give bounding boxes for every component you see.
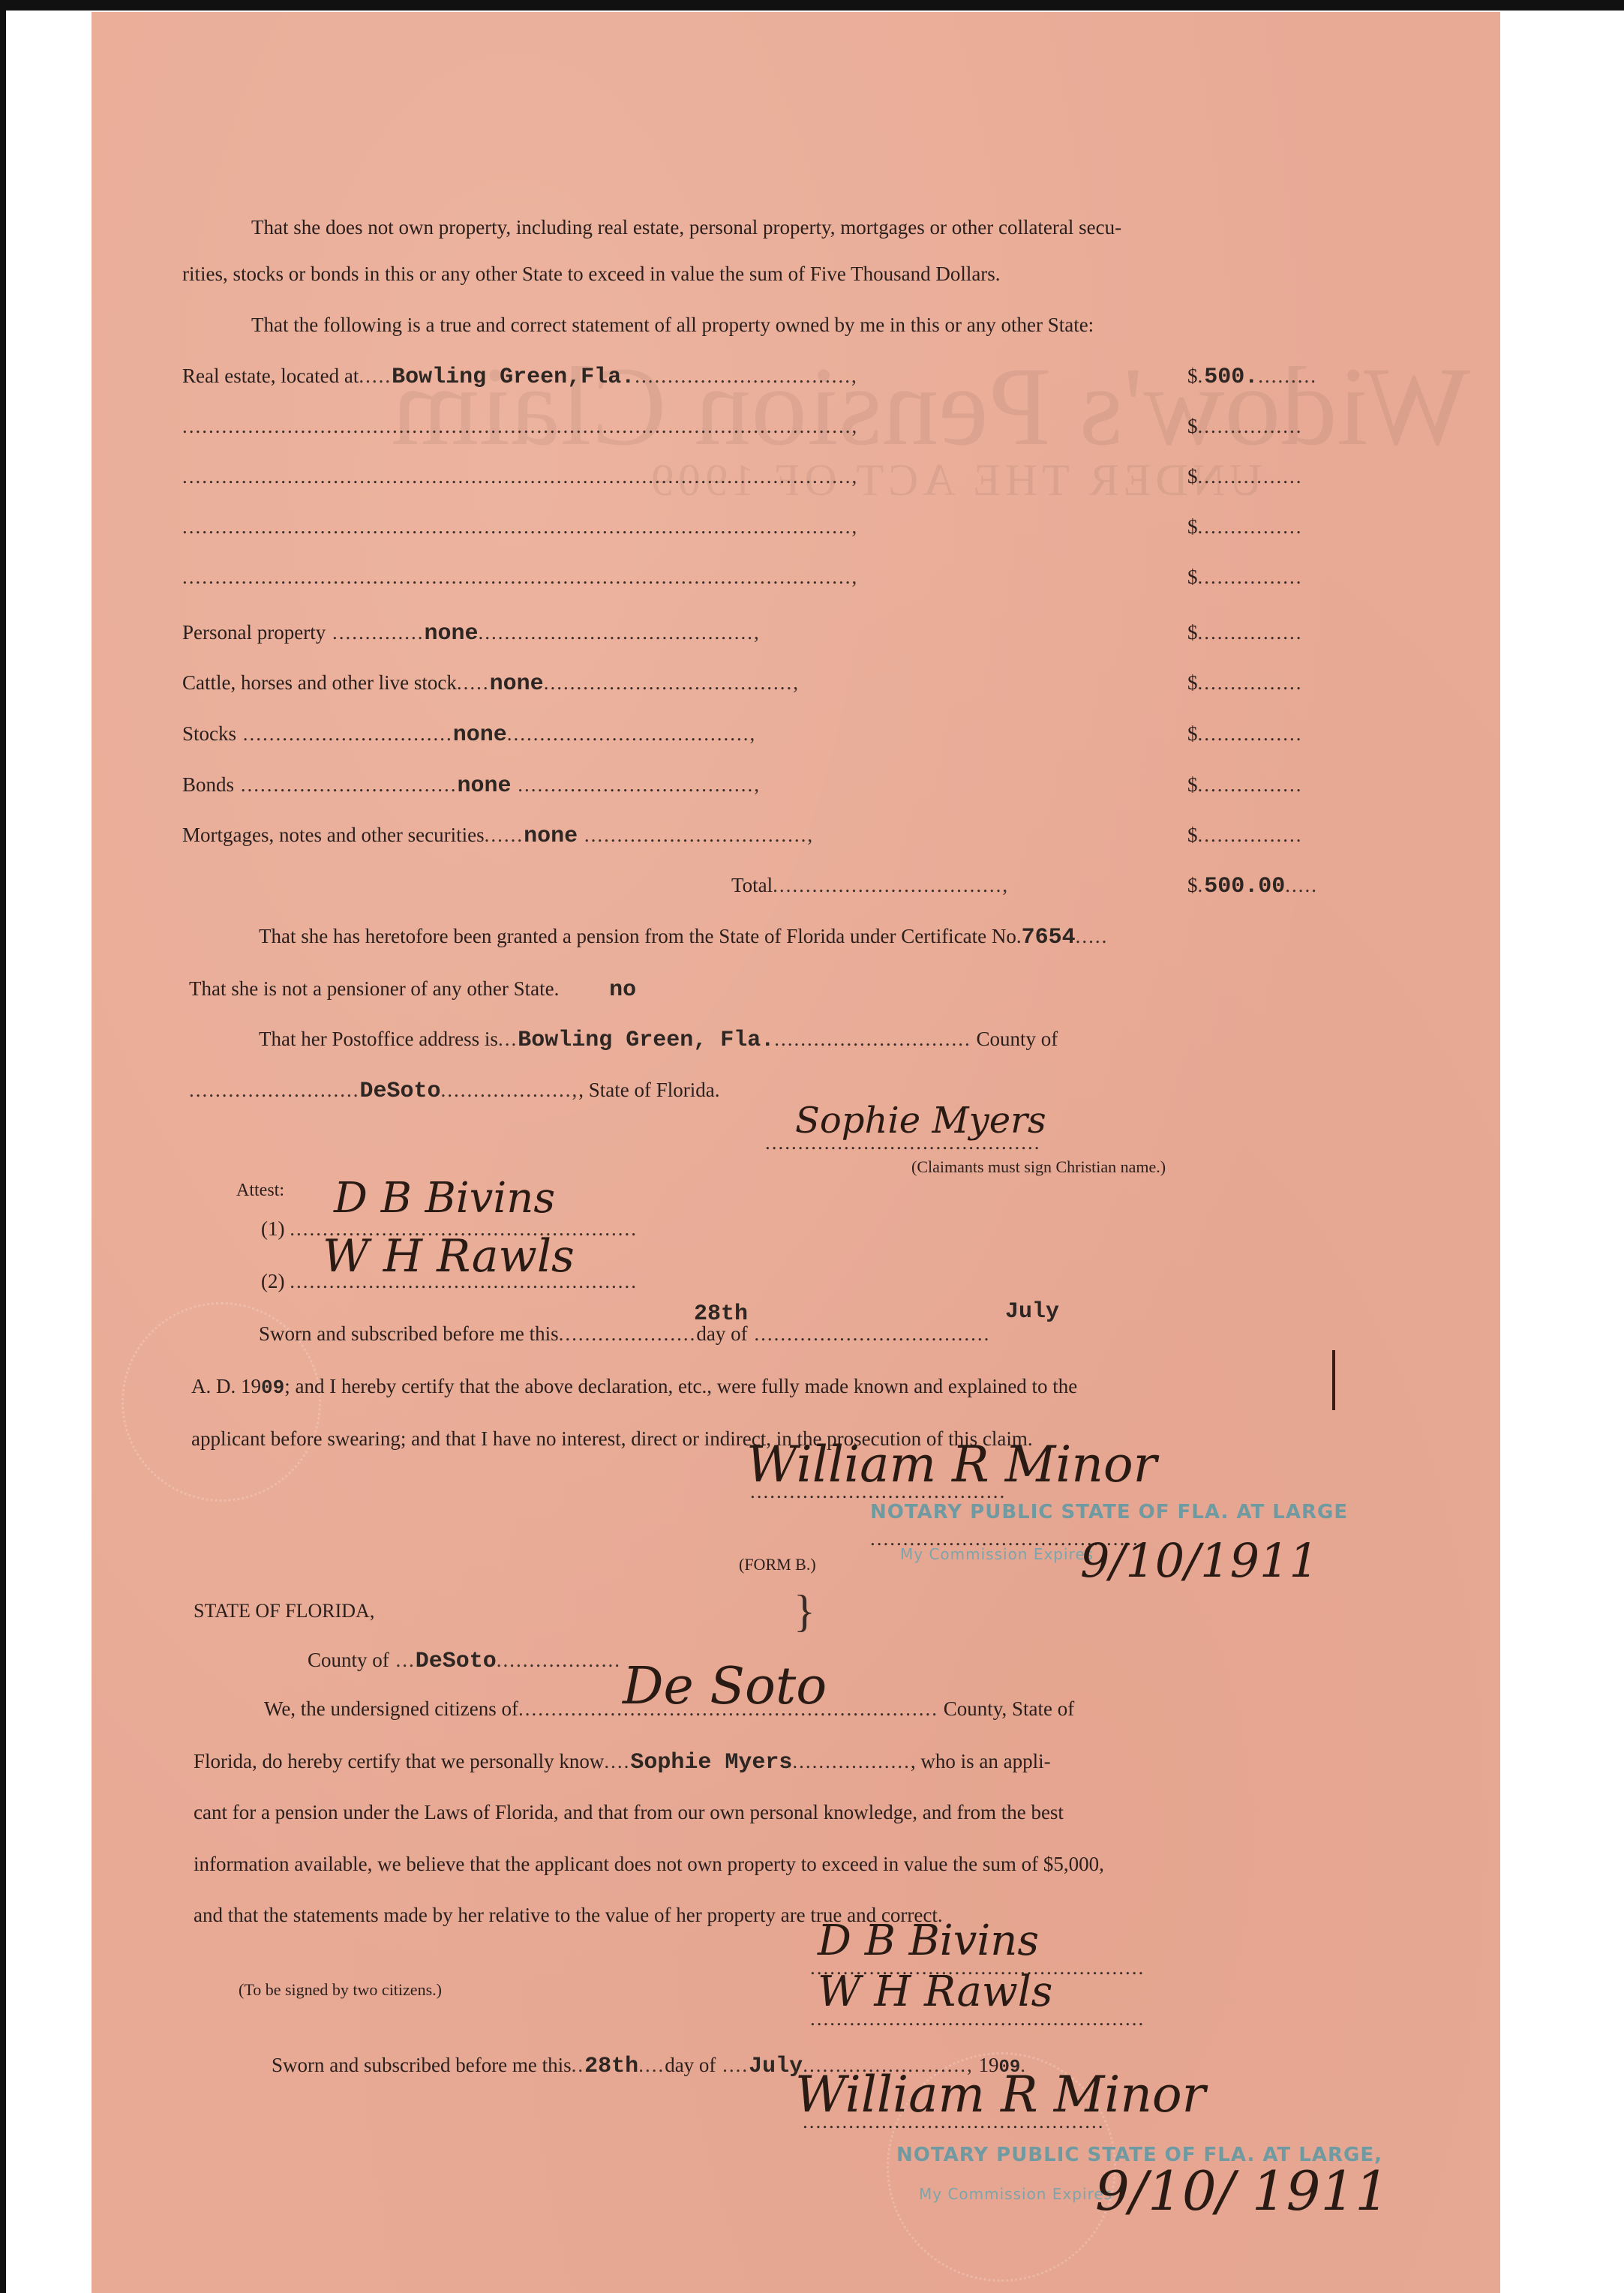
- signers-note: (To be signed by two citizens.): [239, 1982, 442, 1998]
- property-total-row: Total...................................…: [731, 875, 1009, 896]
- row-value: none: [524, 824, 578, 849]
- para1-line1: That she does not own property, includin…: [251, 218, 1121, 238]
- para1-line2: rities, stocks or bonds in this or any o…: [182, 264, 1001, 284]
- property-row-blank: ........................................…: [182, 567, 858, 587]
- witness-number: (2): [261, 1270, 284, 1292]
- citizens-text: County, State of: [944, 1697, 1075, 1720]
- currency-symbol: $: [1187, 621, 1198, 644]
- property-row-real-estate: Real estate, located at.....Bowling Gree…: [182, 366, 858, 389]
- form-b-body-line2: information available, we believe that t…: [194, 1854, 1104, 1874]
- row-label: Mortgages, notes and other securities: [182, 824, 485, 846]
- certificate-text: That she has heretofore been granted a p…: [259, 925, 1022, 947]
- other-state-text: That she is not a pensioner of any other…: [189, 977, 559, 1000]
- notary1-signature: William R Minor: [746, 1440, 1157, 1490]
- postoffice-line: That her Postoffice address is...Bowling…: [259, 1029, 1058, 1052]
- notary2-stamp-expires: My Commission Expires: [919, 2186, 1112, 2201]
- currency-symbol: $: [1187, 773, 1198, 796]
- notary2-signature: William R Minor: [795, 2070, 1205, 2120]
- other-state-answer: no: [609, 977, 636, 1003]
- row-label: Bonds: [182, 773, 234, 796]
- property-row-bonds: Bonds .................................n…: [182, 775, 761, 797]
- county-line: ..........................DeSoto........…: [189, 1080, 720, 1103]
- row-value: none: [424, 621, 478, 647]
- attest-label: Attest:: [236, 1181, 284, 1199]
- citizen-1-signature: D B Bivins: [818, 1920, 1039, 1962]
- citizens-county-handwritten: De Soto: [623, 1661, 827, 1712]
- currency-symbol: $: [1187, 415, 1198, 437]
- postoffice-text: That her Postoffice address is: [259, 1028, 498, 1050]
- county-value: DeSoto: [360, 1079, 441, 1104]
- property-row-blank: ........................................…: [182, 517, 858, 537]
- claimant-note: (Claimants must sign Christian name.): [911, 1159, 1166, 1175]
- applicant-name: Sophie Myers: [630, 1750, 792, 1775]
- para2: That the following is a true and correct…: [251, 315, 1094, 335]
- notary1-stamp: NOTARY PUBLIC STATE OF FLA. AT LARGE: [870, 1502, 1348, 1522]
- row-label: Personal property: [182, 621, 326, 644]
- oath-text: Sworn and subscribed before me this: [259, 1322, 559, 1345]
- oath1-year: 09: [261, 1376, 284, 1399]
- form-b-county-line: County of ...DeSoto...................: [308, 1650, 621, 1673]
- row-value: none: [490, 671, 544, 697]
- oath1-month: July: [1005, 1299, 1059, 1325]
- row-label: Real estate, located at: [182, 365, 359, 387]
- row-value: none: [458, 773, 512, 799]
- citizens-text: We, the undersigned citizens of: [264, 1697, 518, 1720]
- property-row-blank: ........................................…: [182, 416, 858, 437]
- oath1-line1: Sworn and subscribed before me this.....…: [259, 1324, 990, 1344]
- notary1-stamp-expires: My Commission Expires: [900, 1547, 1094, 1562]
- form-b-state-heading: STATE OF FLORIDA,: [194, 1601, 374, 1621]
- row-label: Cattle, horses and other live stock: [182, 671, 457, 694]
- oath1-day: 28th: [694, 1301, 748, 1327]
- oath-text: Sworn and subscribed before me this: [272, 2054, 572, 2076]
- row-value: none: [453, 722, 507, 748]
- state-of-florida: , State of Florida.: [578, 1079, 719, 1101]
- form-b-label: (FORM B.): [739, 1556, 816, 1573]
- property-row-mortgages: Mortgages, notes and other securities...…: [182, 825, 814, 848]
- currency-symbol: $: [1187, 874, 1198, 896]
- postoffice-value: Bowling Green, Fla.: [518, 1028, 774, 1053]
- property-row-personal: Personal property ..............none....…: [182, 623, 761, 645]
- currency-symbol: $: [1187, 465, 1198, 488]
- county-label: County of: [308, 1649, 389, 1671]
- form-b-know-line: Florida, do hereby certify that we perso…: [194, 1751, 1051, 1774]
- currency-symbol: $: [1187, 515, 1198, 538]
- know-text: , who is an appli-: [911, 1750, 1051, 1772]
- know-text: Florida, do hereby certify that we perso…: [194, 1750, 604, 1772]
- currency-symbol: $: [1187, 566, 1198, 588]
- total-amount: 500.00: [1204, 874, 1285, 899]
- notary2-expiry-date: 9/10/ 1911: [1095, 2164, 1389, 2218]
- form-b-oath-day: 28th: [584, 2054, 638, 2079]
- brace: }: [794, 1589, 815, 1634]
- form-b-body-line1: cant for a pension under the Laws of Flo…: [194, 1802, 1064, 1823]
- row-value: Bowling Green,Fla.: [392, 365, 635, 390]
- claimant-signature: Sophie Myers: [795, 1103, 1046, 1139]
- currency-symbol: $: [1187, 671, 1198, 694]
- other-state-line: That she is not a pensioner of any other…: [189, 979, 636, 1001]
- currency-symbol: $: [1187, 365, 1198, 387]
- row-label: Stocks: [182, 722, 236, 745]
- notary1-expiry-date: 9/10/1911: [1080, 1538, 1319, 1584]
- oath-text: day of: [665, 2054, 716, 2076]
- scan-border-left: [0, 8, 6, 2293]
- row-amount: 500.: [1204, 365, 1258, 390]
- property-row-blank: ........................................…: [182, 467, 858, 487]
- pen-mark: [1332, 1350, 1335, 1410]
- ad-prefix: A. D. 19: [191, 1375, 261, 1397]
- show-through-title: Widow's Pension Claim: [392, 342, 1470, 471]
- total-label: Total: [731, 874, 773, 896]
- property-row-livestock: Cattle, horses and other live stock.....…: [182, 673, 800, 695]
- witness-number: (1): [261, 1217, 284, 1240]
- property-row-stocks: Stocks ................................n…: [182, 724, 756, 746]
- county-of-label: County of: [977, 1028, 1058, 1050]
- certificate-number: 7654: [1022, 925, 1076, 950]
- form-b-county-value: DeSoto: [416, 1649, 497, 1674]
- oath-text: ; and I hereby certify that the above de…: [284, 1375, 1077, 1397]
- currency-symbol: $: [1187, 722, 1198, 745]
- certificate-line: That she has heretofore been granted a p…: [259, 926, 1108, 949]
- witness-1-signature: D B Bivins: [334, 1178, 555, 1220]
- oath1-line2: A. D. 1909; and I hereby certify that th…: [191, 1376, 1077, 1397]
- citizen-2-signature: W H Rawls: [818, 1971, 1052, 2013]
- currency-symbol: $: [1187, 824, 1198, 846]
- scan-border-top: [0, 0, 1624, 11]
- witness-2-signature: W H Rawls: [323, 1234, 575, 1279]
